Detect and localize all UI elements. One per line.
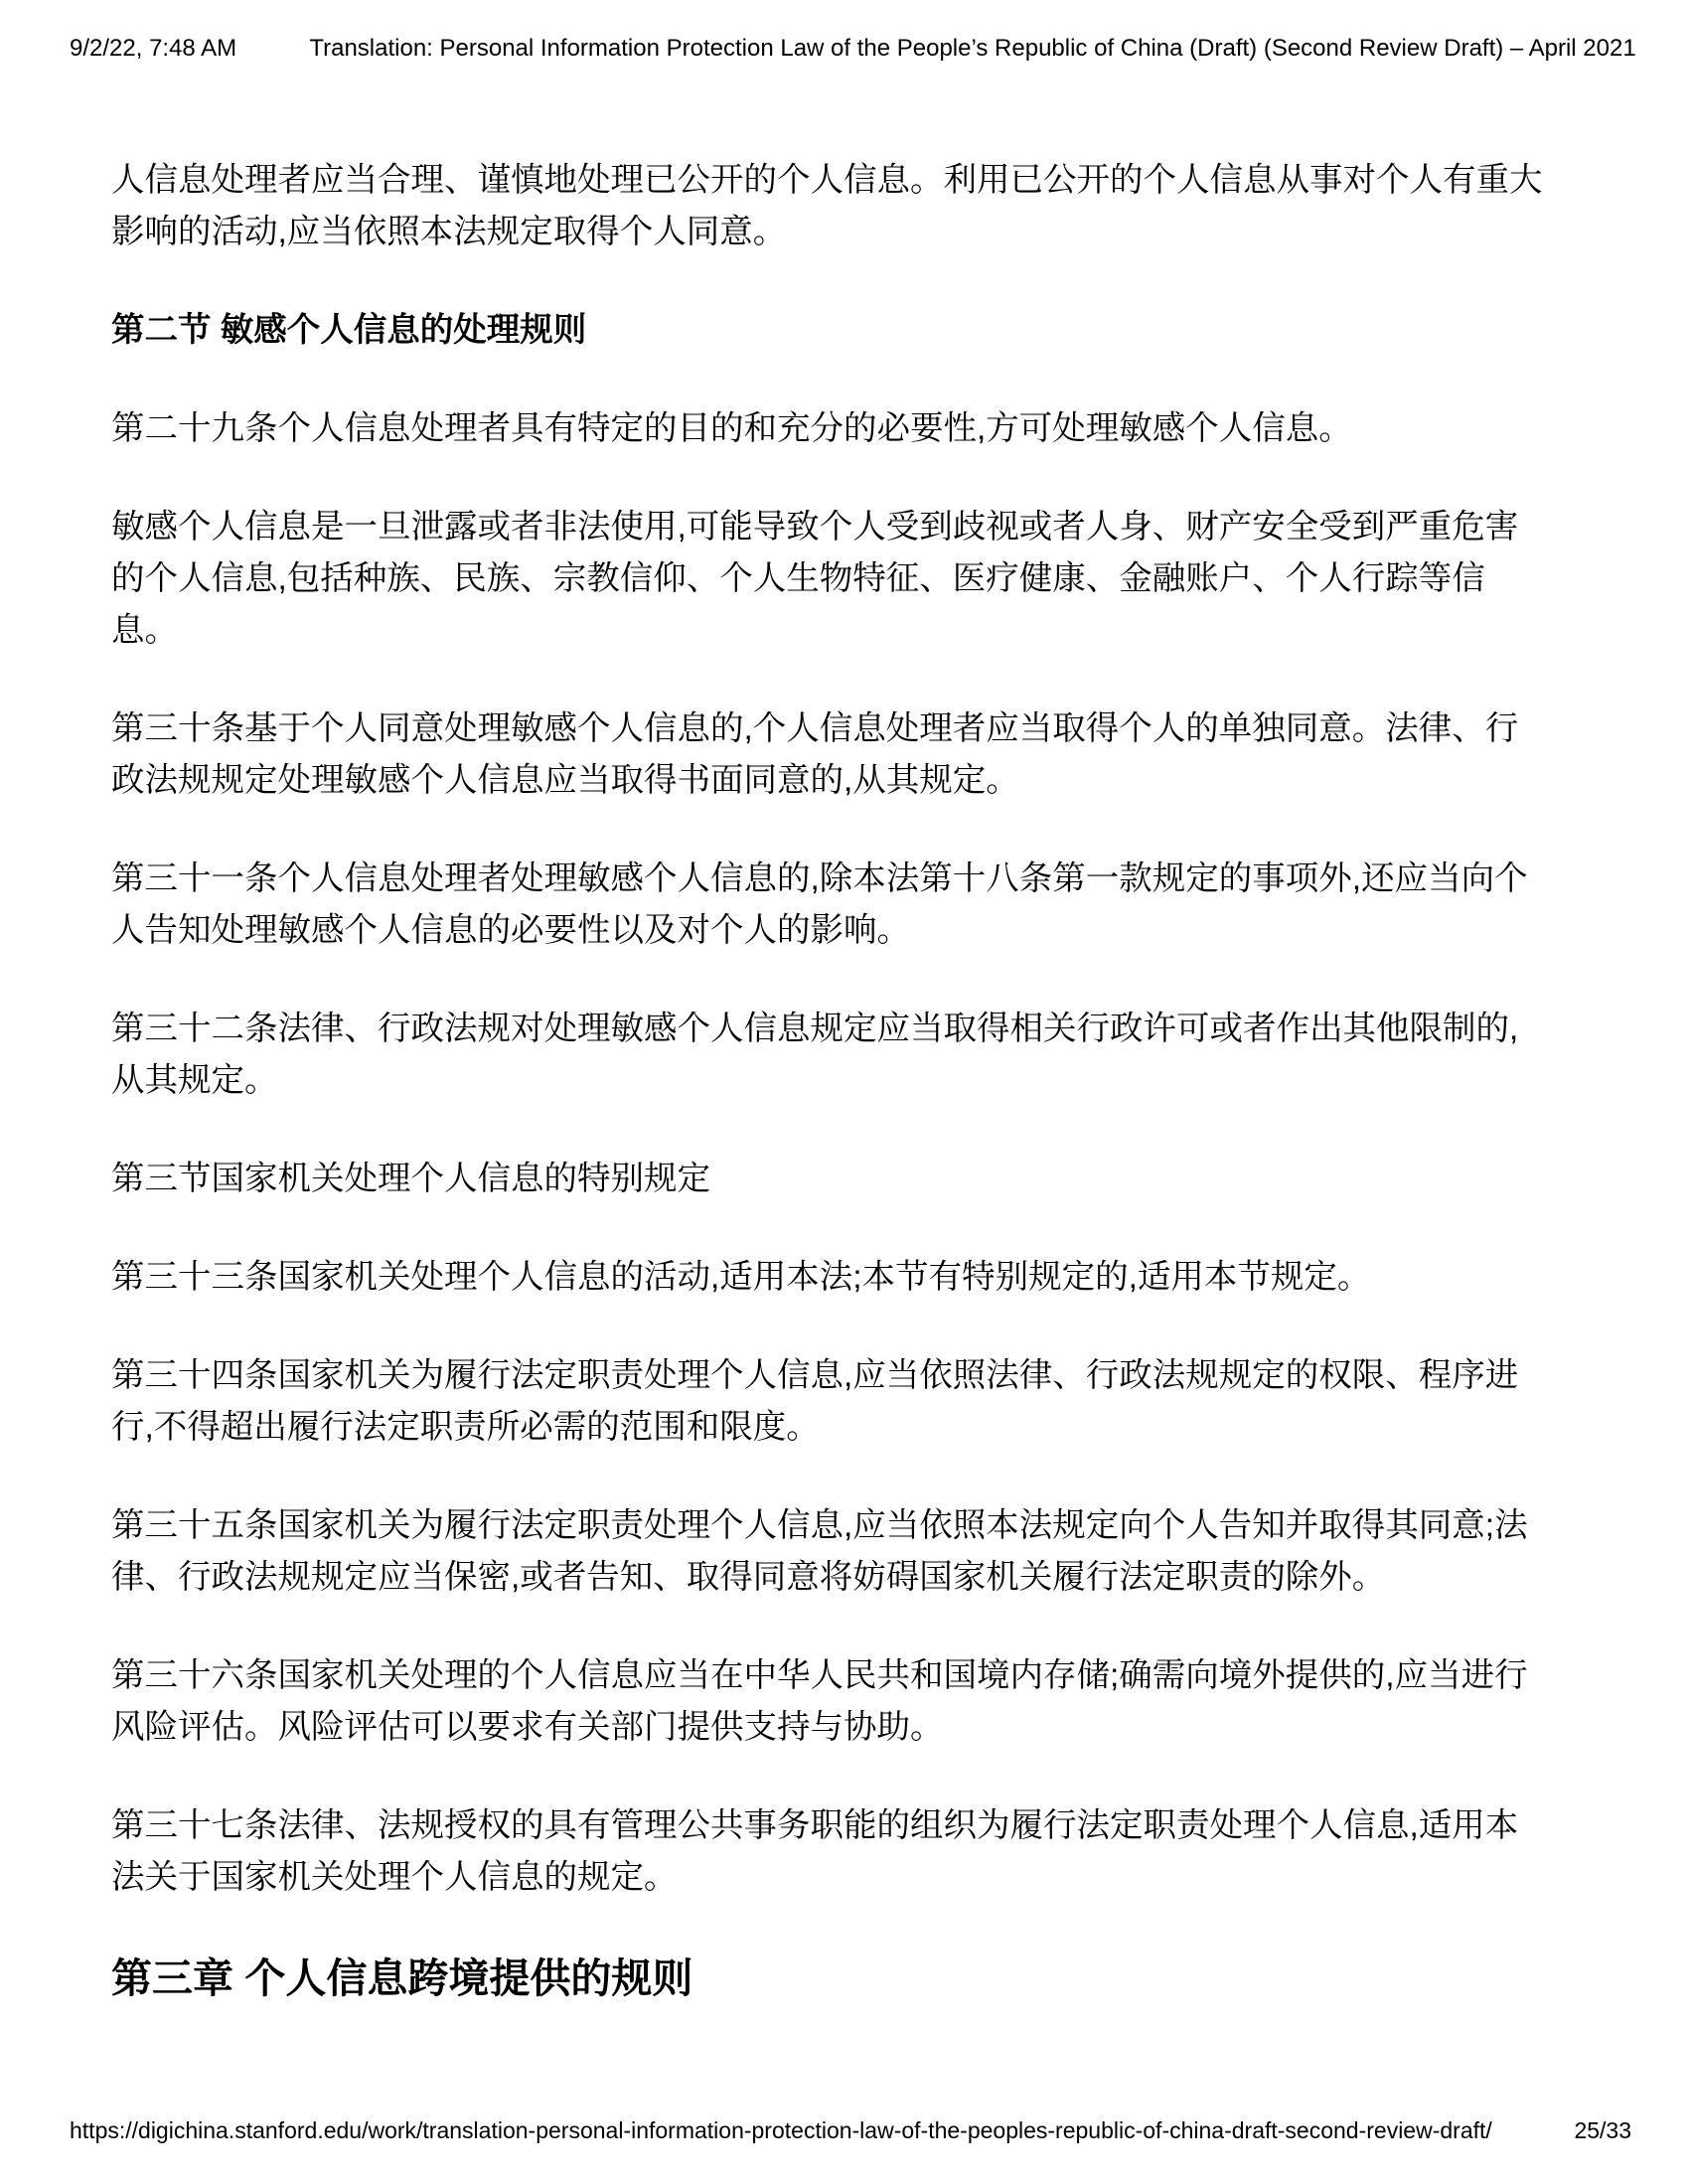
document-body: 人信息处理者应当合理、谨慎地处理已公开的个人信息。利用已公开的个人信息从事对个人… xyxy=(111,155,1582,2053)
paragraph: 第三十七条法律、法规授权的具有管理公共事务职能的组织为履行法定职责处理个人信息,… xyxy=(111,1800,1582,1904)
paragraph: 第三十五条国家机关为履行法定职责处理个人信息,应当依照本法规定向个人告知并取得其… xyxy=(111,1500,1582,1604)
paragraph: 第二十九条个人信息处理者具有特定的目的和充分的必要性,方可处理敏感个人信息。 xyxy=(111,403,1582,455)
section-heading: 第三节国家机关处理个人信息的特别规定 xyxy=(111,1154,1582,1205)
header-document-title: Translation: Personal Information Protec… xyxy=(309,34,1635,64)
paragraph: 敏感个人信息是一旦泄露或者非法使用,可能导致个人受到歧视或者人身、财产安全受到严… xyxy=(111,502,1582,657)
paragraph: 人信息处理者应当合理、谨慎地处理已公开的个人信息。利用已公开的个人信息从事对个人… xyxy=(111,155,1582,258)
header-timestamp: 9/2/22, 7:48 AM xyxy=(70,34,236,64)
paragraph: 第三十三条国家机关处理个人信息的活动,适用本法;本节有特别规定的,适用本节规定。 xyxy=(111,1252,1582,1304)
paragraph: 第三十一条个人信息处理者处理敏感个人信息的,除本法第十八条第一款规定的事项外,还… xyxy=(111,854,1582,957)
paragraph: 第三十条基于个人同意处理敏感个人信息的,个人信息处理者应当取得个人的单独同意。法… xyxy=(111,703,1582,807)
paragraph: 第三十四条国家机关为履行法定职责处理个人信息,应当依照法律、行政法规规定的权限、… xyxy=(111,1350,1582,1454)
footer-page-indicator: 25/33 xyxy=(1574,2116,1631,2144)
paragraph: 第三十二条法律、行政法规对处理敏感个人信息规定应当取得相关行政许可或者作出其他限… xyxy=(111,1004,1582,1107)
footer-source-url: https://digichina.stanford.edu/work/tran… xyxy=(70,2116,1492,2144)
section-heading-bold: 第二节 敏感个人信息的处理规则 xyxy=(111,305,1582,357)
printed-page: 9/2/22, 7:48 AM Translation: Personal In… xyxy=(0,0,1689,2184)
chapter-heading: 第三章 个人信息跨境提供的规则 xyxy=(111,1950,1582,2006)
paragraph: 第三十六条国家机关处理的个人信息应当在中华人民共和国境内存储;确需向境外提供的,… xyxy=(111,1650,1582,1754)
